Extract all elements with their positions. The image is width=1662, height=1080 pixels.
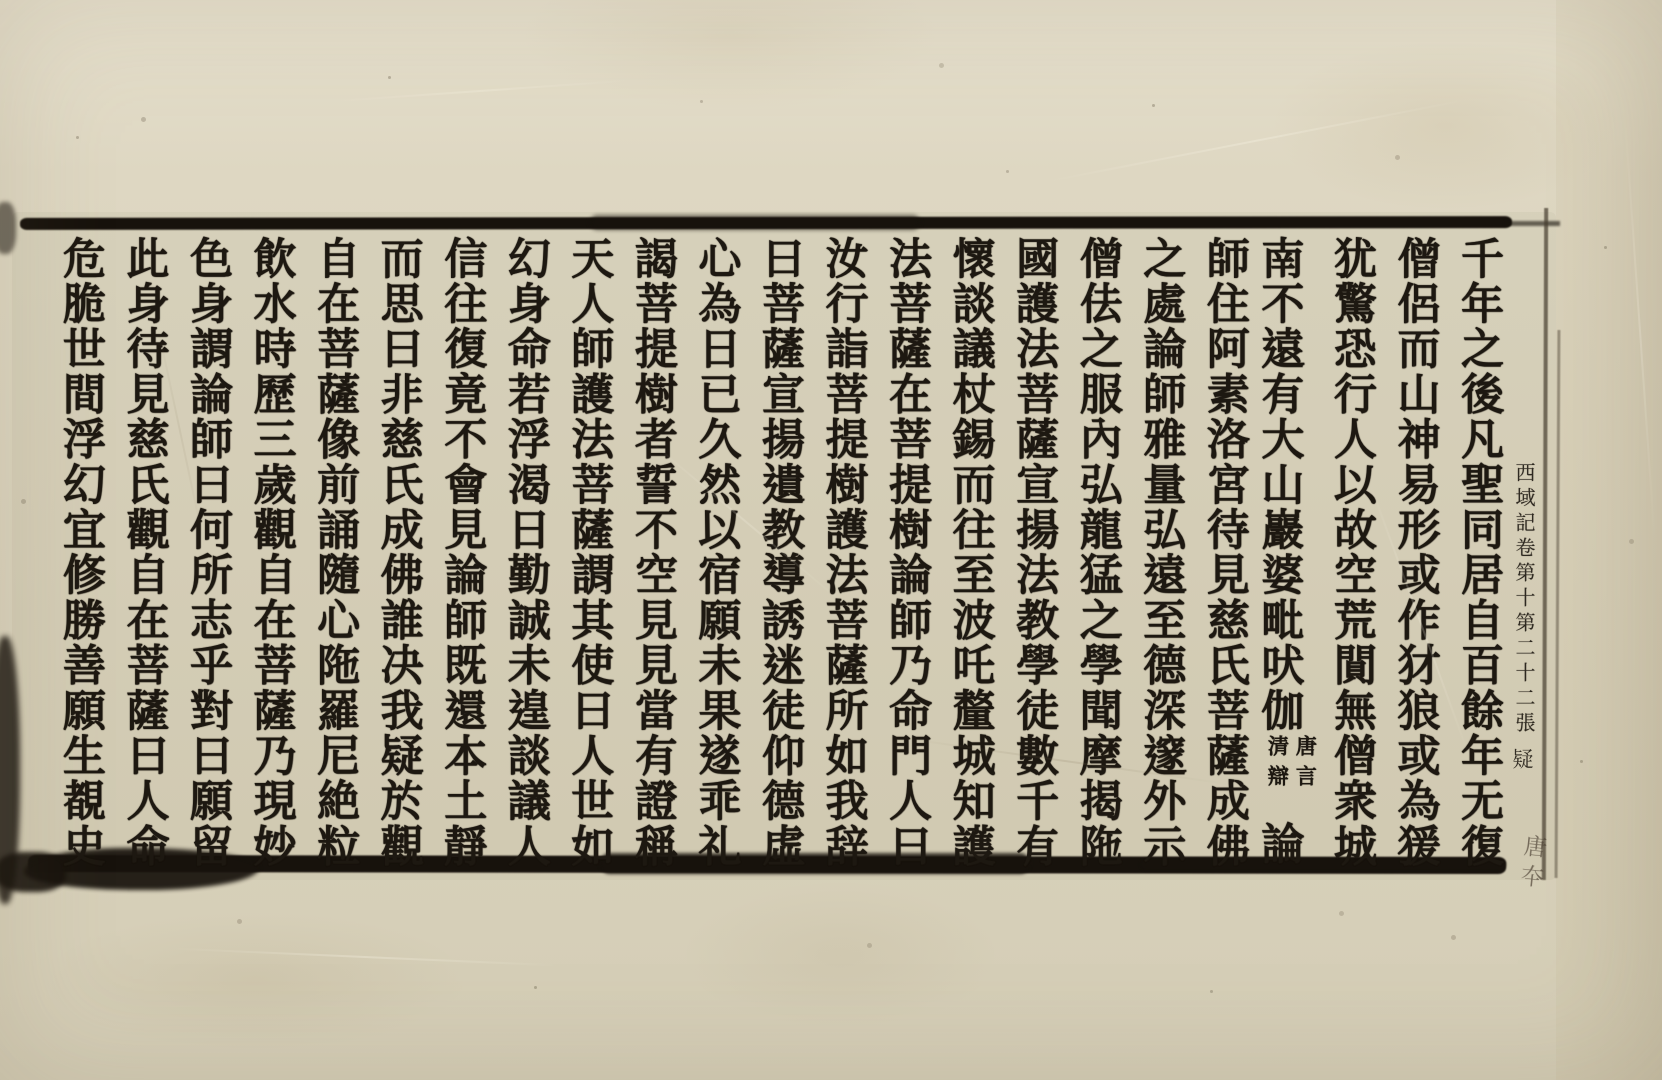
photo-vignette <box>0 0 1662 1080</box>
scroll-photo: 千年之後凡聖同居自百餘年无復僧侶而山神易形或作犲狼或為猨犹驚恐行人以故空荒閴無僧… <box>0 0 1662 1080</box>
